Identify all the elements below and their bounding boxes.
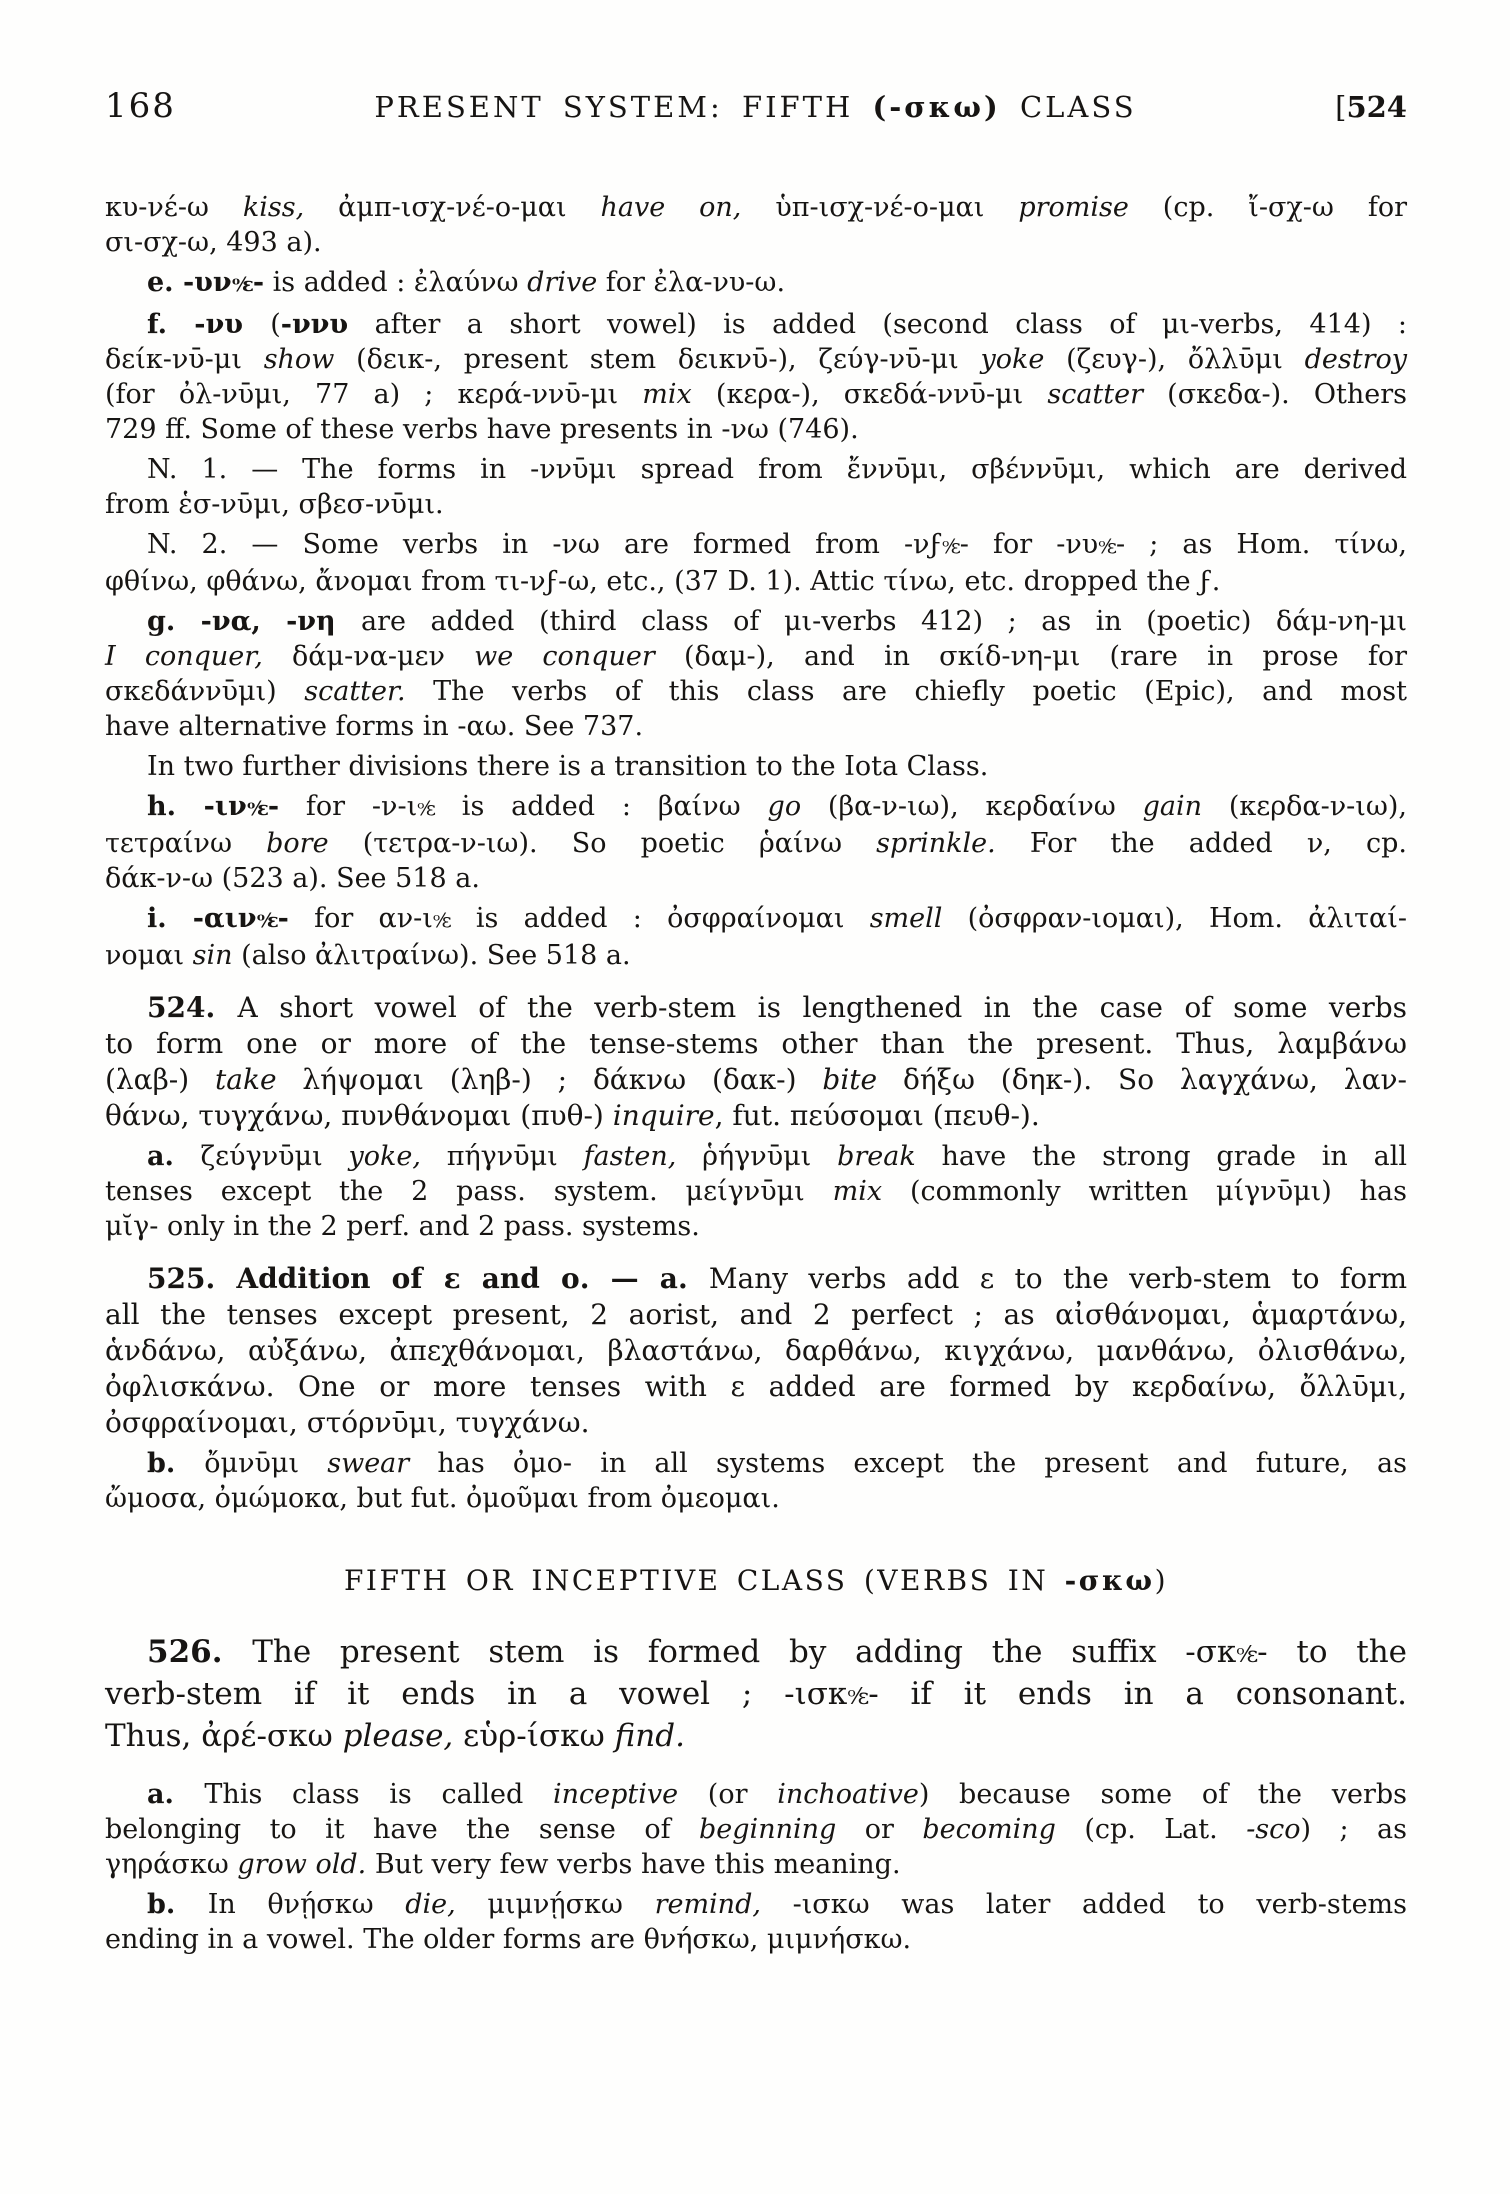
text-segment: (σκεδα-). Others [1167,379,1407,410]
text-segment: εὑρ-ίσκω [463,1718,614,1754]
text-segment: πήγνῡμι [447,1141,584,1172]
text-segment: For the added ν, cp. [1030,828,1407,859]
text-line: In two further divisions there is a tran… [105,749,1407,784]
text-segment: (κερα-), σκεδά-ννῡ-μι [716,379,1047,410]
text-line: to form one or more of the tense-stems o… [105,1026,1407,1062]
text-segment: -ισκω was later added to verb-stems [793,1889,1407,1920]
text-line: σκεδάννῡμι) scatter. The verbs of this c… [105,674,1407,709]
text-segment: inchoative [777,1779,919,1810]
text-segment: is added : ὀσφραίνομαι [451,903,870,934]
text-segment: all the tenses except present, 2 aorist,… [105,1298,1407,1331]
text-segment: i. -αιν [147,903,257,934]
text-line: a. ζεύγνῡμι yoke, πήγνῡμι fasten, ῥήγνῡμ… [105,1139,1407,1174]
text-segment: beginning [699,1814,865,1845]
text-segment: , fut. πεύσομαι (πευθ-). [715,1099,1040,1132]
text-segment: -ννυ [281,309,348,340]
text-line: ὀφλισκάνω. One or more tenses with ε add… [105,1369,1407,1405]
page-number: 168 [105,86,176,126]
text-segment: CLASS [1001,90,1137,124]
text-segment: ᵒ⁄ε [433,909,451,932]
text-body: κυ-νέ-ω kiss, ἀμπ-ισχ-νέ-ο-μαι have on, … [105,190,1407,1957]
text-segment: (-σκω) [873,90,1001,124]
text-segment: (for ὀλ-νῡμι, 77 a) ; κερά-ννῡ-μι [105,379,642,410]
text-segment: (ζευγ-), ὄλλῡμι [1066,344,1305,375]
text-segment: γηράσκω [105,1849,237,1880]
text-line: belonging to it have the sense of beginn… [105,1812,1407,1847]
paragraph: h. -ινᵒ⁄ε- for -ν-ιᵒ⁄ε is added : βαίνω … [105,789,1407,896]
paragraph: a. ζεύγνῡμι yoke, πήγνῡμι fasten, ῥήγνῡμ… [105,1139,1407,1244]
text-segment: yoke, [348,1141,446,1172]
text-segment: ῥήγνῡμι [702,1141,837,1172]
text-segment: tenses except the 2 pass. system. μείγνῡ… [105,1176,833,1207]
text-line: ending in a vowel. The older forms are θ… [105,1922,1407,1957]
text-segment: ) [1155,1564,1168,1597]
text-segment: λήψομαι (ληβ-) ; δάκνω (δακ-) [302,1063,822,1096]
text-segment: 524. [147,991,238,1024]
book-page: 168 PRESENT SYSTEM: FIFTH (-σκω) CLASS [… [0,0,1510,2194]
text-line: τετραίνω bore (τετρα-ν-ιω). So poetic ῥα… [105,826,1407,861]
text-segment: for αν-ι [289,903,433,934]
text-line: σι-σχ-ω, 493 a). [105,225,1407,260]
text-segment: - if it ends in a consonant. [868,1676,1407,1712]
paragraph: b. ὄμνῡμι swear has ὀμο- in all systems … [105,1446,1407,1516]
text-segment: ἁνδάνω, αὐξάνω, ἀπεχθάνομαι, βλαστάνω, δ… [105,1334,1407,1367]
text-segment: mix [642,379,716,410]
paragraph: N. 1. — The forms in -ννῡμι spread from … [105,452,1407,522]
text-segment: ᵒ⁄ε [942,535,960,558]
text-segment: θάνω, τυγχάνω, πυνθάνομαι (πυθ-) [105,1099,613,1132]
text-segment: bite [822,1063,903,1096]
text-line: 524. A short vowel of the verb-stem is l… [105,990,1407,1026]
text-segment: - for -νυ [960,529,1098,560]
text-segment: ὄμνῡμι [204,1448,327,1479]
text-segment: show [264,344,356,375]
text-segment: f. -νυ [147,309,270,340]
text-segment: bore [266,828,363,859]
text-segment: FIFTH OR INCEPTIVE CLASS (VERBS IN [344,1564,1065,1597]
text-line: 526. The present stem is formed by addin… [105,1633,1407,1675]
text-segment: 525. Addition of ε and ο. — a. [147,1262,709,1295]
text-segment: scatter [1047,379,1167,410]
paragraph: 526. The present stem is formed by addin… [105,1633,1407,1756]
text-segment: -σκω [1065,1564,1155,1597]
text-segment: have the strong grade in all [942,1141,1407,1172]
text-line: have alternative forms in -αω. See 737. [105,709,1407,744]
text-segment: ᵒ⁄ε [247,797,268,820]
text-segment: mix [833,1176,910,1207]
text-segment: (τετρα-ν-ιω). So poetic ῥαίνω [363,828,876,859]
text-line: g. -να, -νη are added (third class of μι… [105,604,1407,639]
text-segment: b. [147,1889,208,1920]
text-segment: sin [193,940,241,971]
text-segment: In two further divisions there is a tran… [147,751,988,782]
text-segment: νομαι [105,940,193,971]
text-segment: after a short vowel) is added (second cl… [348,309,1407,340]
text-line: h. -ινᵒ⁄ε- for -ν-ιᵒ⁄ε is added : βαίνω … [105,789,1407,826]
text-segment: (cp. Lat. [1084,1814,1246,1845]
text-line: e. -υνᵒ⁄ε- is added : ἐλαύνω drive for ἐ… [105,265,1407,302]
text-line: 729 ff. Some of these verbs have present… [105,412,1407,447]
text-segment: promise [1018,192,1162,223]
running-header: 168 PRESENT SYSTEM: FIFTH (-σκω) CLASS [… [105,86,1407,126]
text-segment: 729 ff. Some of these verbs have present… [105,414,859,445]
text-segment: ᵒ⁄ε [257,909,278,932]
text-line: b. ὄμνῡμι swear has ὀμο- in all systems … [105,1446,1407,1481]
text-segment: ending in a vowel. The older forms are θ… [105,1924,911,1955]
text-line: ἁνδάνω, αὐξάνω, ἀπεχθάνομαι, βλαστάνω, δ… [105,1333,1407,1369]
paragraph: κυ-νέ-ω kiss, ἀμπ-ισχ-νέ-ο-μαι have on, … [105,190,1407,260]
text-segment: scatter. [304,676,433,707]
text-segment: ᵒ⁄ε [232,273,253,296]
text-line: tenses except the 2 pass. system. μείγνῡ… [105,1174,1407,1209]
text-segment: δάμ-να-μεν [292,641,474,672]
text-segment: or [865,1814,923,1845]
text-segment: δήξω (δηκ-). So λαγχάνω, λαν- [903,1063,1407,1096]
text-segment: to form one or more of the tense-stems o… [105,1027,1407,1060]
text-segment: But very few verbs have this meaning. [375,1849,901,1880]
text-segment: fasten, [584,1141,703,1172]
text-line: I conquer, δάμ-να-μεν we conquer (δαμ-),… [105,639,1407,674]
paragraph: In two further divisions there is a tran… [105,749,1407,784]
text-segment: N. 2. — Some verbs in -νω are formed fro… [147,529,942,560]
section-heading: FIFTH OR INCEPTIVE CLASS (VERBS IN -σκω) [105,1564,1407,1597]
text-line: νομαι sin (also ἀλιτραίνω). See 518 a. [105,938,1407,973]
text-segment: kiss, [243,192,338,223]
section-reference: [524 [1335,90,1407,124]
text-segment: - ; as Hom. τίνω, [1116,529,1407,560]
text-segment: g. -να, -νη [147,606,361,637]
paragraph: 524. A short vowel of the verb-stem is l… [105,990,1407,1134]
text-segment: ὑπ-ισχ-νέ-ο-μαι [775,192,1018,223]
text-segment: from ἑσ-νῡμι, σβεσ-νῡμι. [105,489,444,520]
page-content: 168 PRESENT SYSTEM: FIFTH (-σκω) CLASS [… [105,86,1407,1957]
text-segment: φθίνω, φθάνω, ἄνομαι from τι-νϝ-ω, etc.,… [105,566,1220,597]
text-segment: σκεδάννῡμι) [105,676,304,707]
text-segment: are added (third class of μι-verbs 412) … [361,606,1407,637]
text-segment: σι-σχ-ω, 493 a). [105,227,322,258]
text-line: γηράσκω grow old. But very few verbs hav… [105,1847,1407,1882]
text-segment: grow old. [237,1849,374,1880]
text-segment: -sco [1246,1814,1300,1845]
text-segment: find. [615,1718,685,1754]
text-segment: I conquer, [105,641,292,672]
text-segment: is added : ἐλαύνω [264,267,527,298]
text-segment: we conquer [474,641,684,672]
text-segment: τετραίνω [105,828,266,859]
text-segment: A short vowel of the verb-stem is length… [238,991,1407,1024]
text-line: f. -νυ (-ννυ after a short vowel) is add… [105,307,1407,342]
text-segment: for -ν-ι [279,791,417,822]
text-segment: - [278,903,289,934]
text-segment: smell [870,903,968,934]
paragraph: g. -να, -νη are added (third class of μι… [105,604,1407,744]
text-segment: - to the [1257,1634,1407,1670]
text-segment: yoke [981,344,1067,375]
text-segment: for ἐλα-νυ-ω. [606,267,785,298]
text-segment: The present stem is formed by adding the… [252,1634,1236,1670]
text-segment: becoming [922,1814,1084,1845]
text-line: verb-stem if it ends in a vowel ; -ισκᵒ⁄… [105,1675,1407,1717]
paragraph: 525. Addition of ε and ο. — a. Many verb… [105,1261,1407,1441]
text-segment: e. -υν [147,267,232,298]
text-segment: h. -ιν [147,791,247,822]
text-segment: has ὀμο- in all systems except the prese… [437,1448,1407,1479]
text-line: (for ὀλ-νῡμι, 77 a) ; κερά-ννῡ-μι mix (κ… [105,377,1407,412]
text-segment: κυ-νέ-ω [105,192,243,223]
text-segment: Thus, ἀρέ-σκω [105,1718,343,1754]
text-segment: inquire [613,1099,715,1132]
paragraph: i. -αινᵒ⁄ε- for αν-ιᵒ⁄ε is added : ὀσφρα… [105,901,1407,973]
text-segment: (βα-ν-ιω), κερδαίνω [828,791,1143,822]
text-line: b. In θνῄσκω die, μιμνῄσκω remind, -ισκω… [105,1887,1407,1922]
text-segment: 526. [147,1634,252,1670]
text-segment: In θνῄσκω [208,1889,405,1920]
text-segment: have alternative forms in -αω. See 737. [105,711,643,742]
text-segment: a. [147,1779,204,1810]
paragraph: b. In θνῄσκω die, μιμνῄσκω remind, -ισκω… [105,1887,1407,1957]
text-segment: destroy [1305,344,1407,375]
text-line: μῐγ- only in the 2 perf. and 2 pass. sys… [105,1209,1407,1244]
text-line: δάκ-ν-ω (523 a). See 518 a. [105,861,1407,896]
text-segment: ὤμοσα, ὀμώμοκα, but fut. ὀμοῦμαι from ὀμ… [105,1483,780,1514]
text-segment: swear [327,1448,437,1479]
text-segment: gain [1143,791,1229,822]
text-line: N. 1. — The forms in -ννῡμι spread from … [105,452,1407,487]
text-line: φθίνω, φθάνω, ἄνομαι from τι-νϝ-ω, etc.,… [105,564,1407,599]
text-segment: is added : βαίνω [435,791,768,822]
text-segment: 524 [1346,90,1407,124]
text-segment: PRESENT SYSTEM: FIFTH [374,90,872,124]
text-segment: This class is called [204,1779,553,1810]
text-segment: (cp. ἴ-σχ-ω for [1163,192,1407,223]
paragraph: f. -νυ (-ννυ after a short vowel) is add… [105,307,1407,447]
text-segment: (also ἀλιτραίνω). See 518 a. [241,940,630,971]
text-segment: ᵒ⁄ε [417,797,435,820]
text-segment: b. [147,1448,204,1479]
text-segment: μιμνῄσκω [487,1889,654,1920]
text-segment: sprinkle. [876,828,1030,859]
text-segment: remind, [655,1889,793,1920]
text-segment: The verbs of this class are chiefly poet… [433,676,1407,707]
text-line: (λαβ-) take λήψομαι (ληβ-) ; δάκνω (δακ-… [105,1062,1407,1098]
text-segment: (κερδα-ν-ιω), [1229,791,1407,822]
text-line: θάνω, τυγχάνω, πυνθάνομαι (πυθ-) inquire… [105,1098,1407,1134]
text-segment: ἀμπ-ισχ-νέ-ο-μαι [338,192,600,223]
text-line: all the tenses except present, 2 aorist,… [105,1297,1407,1333]
text-segment: ζεύγνῡμι [201,1141,349,1172]
paragraph: N. 2. — Some verbs in -νω are formed fro… [105,527,1407,599]
text-line: κυ-νέ-ω kiss, ἀμπ-ισχ-νέ-ο-μαι have on, … [105,190,1407,225]
text-line: from ἑσ-νῡμι, σβεσ-νῡμι. [105,487,1407,522]
text-segment: belonging to it have the sense of [105,1814,699,1845]
text-line: Thus, ἀρέ-σκω please, εὑρ-ίσκω find. [105,1717,1407,1756]
text-segment: ὀσφραίνομαι, στόρνῡμι, τυγχάνω. [105,1406,590,1439]
text-line: ὀσφραίνομαι, στόρνῡμι, τυγχάνω. [105,1405,1407,1441]
text-segment: take [215,1063,302,1096]
text-segment: ( [270,309,281,340]
text-segment: ᵒ⁄ε [1236,1642,1257,1668]
text-segment: a. [147,1141,201,1172]
text-segment: have on, [601,192,776,223]
text-segment: ᵒ⁄ε [1098,535,1116,558]
paragraph: a. This class is called inceptive (or in… [105,1777,1407,1882]
text-line: i. -αινᵒ⁄ε- for αν-ιᵒ⁄ε is added : ὀσφρα… [105,901,1407,938]
text-line: a. This class is called inceptive (or in… [105,1777,1407,1812]
text-segment: [ [1335,90,1346,124]
text-segment: Many verbs add ε to the verb-stem to for… [709,1262,1407,1295]
text-line: ὤμοσα, ὀμώμοκα, but fut. ὀμοῦμαι from ὀμ… [105,1481,1407,1516]
text-segment: inceptive [553,1779,708,1810]
text-segment: (commonly written μίγνῡμι) has [910,1176,1407,1207]
text-segment: (λαβ-) [105,1063,215,1096]
text-line: N. 2. — Some verbs in -νω are formed fro… [105,527,1407,564]
text-line: δείκ-νῡ-μι show (δεικ-, present stem δει… [105,342,1407,377]
text-segment: ᵒ⁄ε [847,1684,868,1710]
text-segment: (or [708,1779,777,1810]
paragraph: e. -υνᵒ⁄ε- is added : ἐλαύνω drive for ἐ… [105,265,1407,302]
text-segment: go [768,791,828,822]
text-segment: ὀφλισκάνω. One or more tenses with ε add… [105,1370,1407,1403]
text-segment: ) because some of the verbs [919,1779,1407,1810]
text-segment: verb-stem if it ends in a vowel ; -ισκ [105,1676,847,1712]
text-segment: (ὀσφραν-ιομαι), Hom. ἀλιταί- [968,903,1407,934]
text-segment: (δαμ-), and in σκίδ-νη-μι (rare in prose… [684,641,1407,672]
text-segment: break [837,1141,941,1172]
text-segment: die, [405,1889,487,1920]
text-segment: δείκ-νῡ-μι [105,344,264,375]
text-segment: δάκ-ν-ω (523 a). See 518 a. [105,863,480,894]
text-segment: - [253,267,264,298]
running-title: PRESENT SYSTEM: FIFTH (-σκω) CLASS [374,90,1136,124]
text-line: 525. Addition of ε and ο. — a. Many verb… [105,1261,1407,1297]
text-segment: μῐγ- only in the 2 perf. and 2 pass. sys… [105,1211,700,1242]
text-segment: (δεικ-, present stem δεικνῡ-), ζεύγ-νῡ-μ… [356,344,980,375]
text-segment: please, [343,1718,464,1754]
text-segment: ) ; as [1301,1814,1407,1845]
text-segment: N. 1. — The forms in -ννῡμι spread from … [147,454,1407,485]
text-segment: - [268,791,279,822]
text-segment: drive [527,267,606,298]
